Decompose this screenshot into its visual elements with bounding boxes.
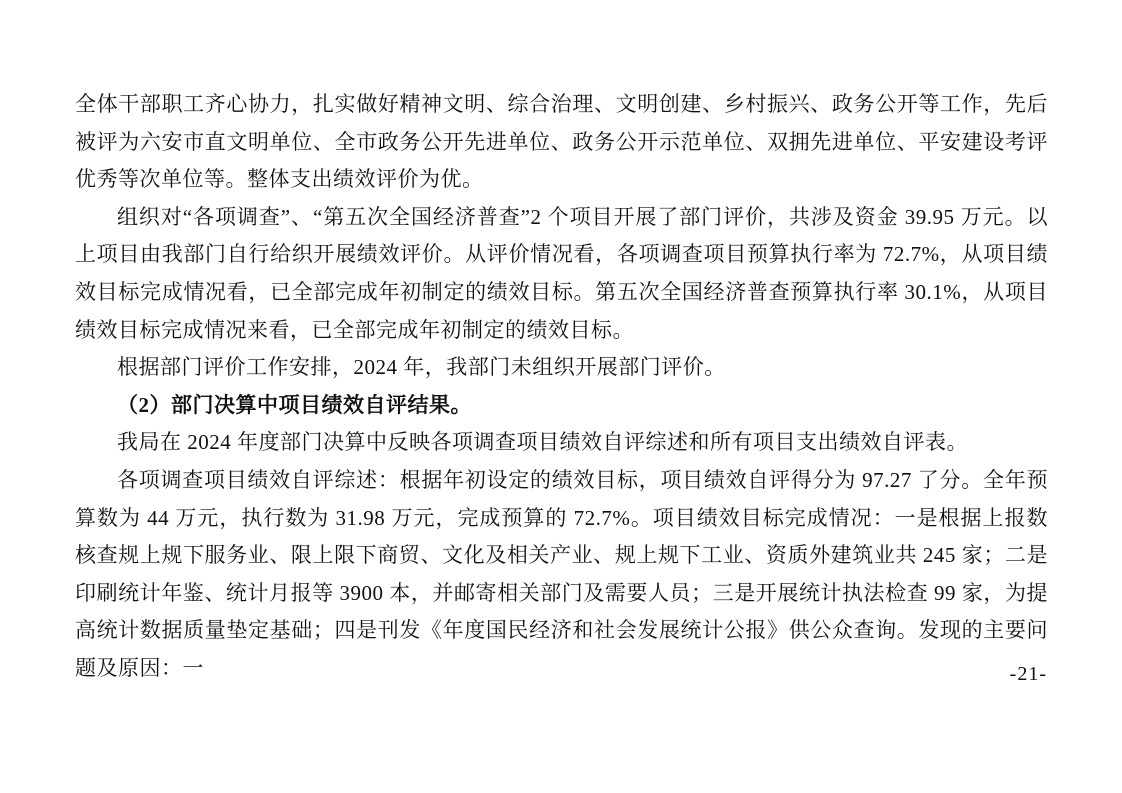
document-page: 全体干部职工齐心协力，扎实做好精神文明、综合治理、文明创建、乡村振兴、政务公开等… [0,0,1122,793]
heading-self-evaluation-results: （2）部门决算中项目绩效自评结果。 [75,387,1048,425]
paragraph-evaluation-arrangement: 根据部门评价工作安排，2024 年，我部门未组织开展部门评价。 [75,349,1048,387]
paragraph-department-evaluation: 组织对“各项调查”、“第五次全国经济普查”2 个项目开展了部门评价，共涉及资金 … [75,199,1048,349]
paragraph-final-accounts-reflection: 我局在 2024 年度部门决算中反映各项调查项目绩效自评综述和所有项目支出绩效自… [75,424,1048,462]
document-body: 全体干部职工齐心协力，扎实做好精神文明、综合治理、文明创建、乡村振兴、政务公开等… [75,86,1048,688]
page-number: -21- [1010,659,1047,689]
paragraph-survey-self-evaluation-summary: 各项调查项目绩效自评综述：根据年初设定的绩效目标，项目绩效自评得分为 97.27… [75,462,1048,688]
paragraph-continuation: 全体干部职工齐心协力，扎实做好精神文明、综合治理、文明创建、乡村振兴、政务公开等… [75,86,1048,199]
